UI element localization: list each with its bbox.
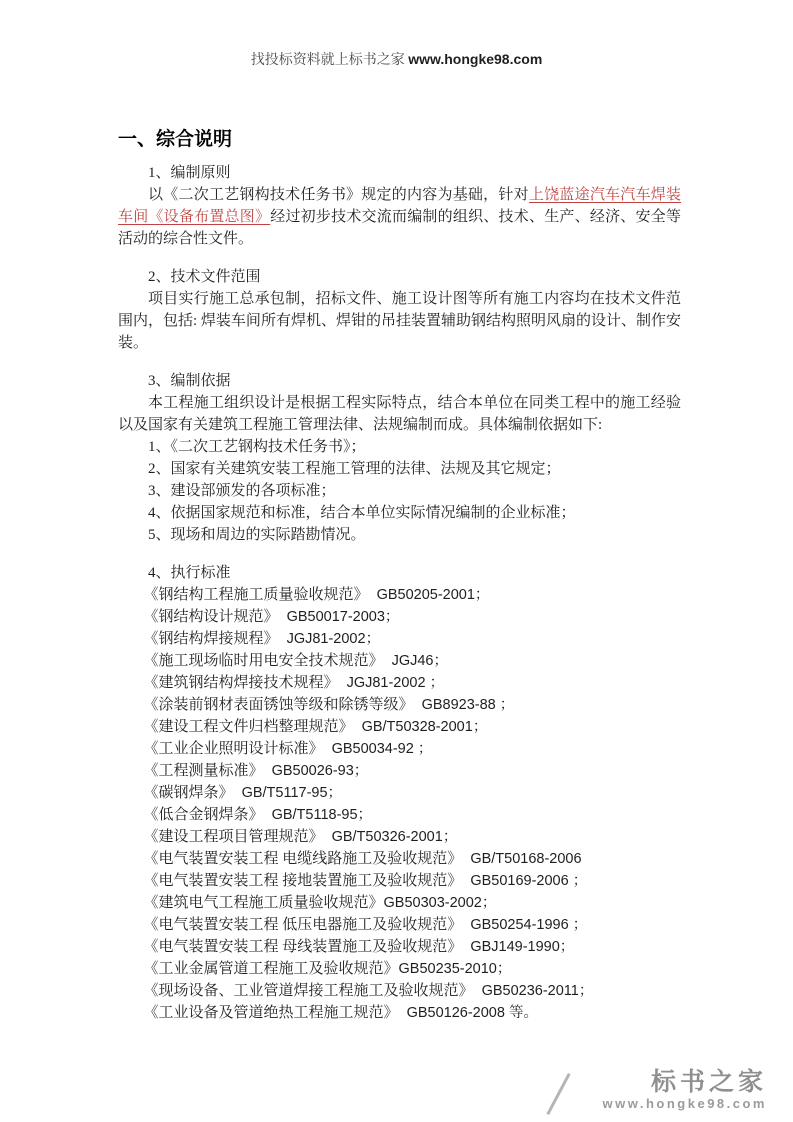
para-text: 以《二次工艺钢构技术任务书》规定的内容为基础，针对 — [148, 187, 529, 203]
standard-code: GB/T50328-2001； — [354, 719, 488, 735]
standard-name: 《电气装置安装工程 低压电器施工及验收规范》 — [144, 917, 463, 933]
standard-code: GB50235-2010； — [399, 961, 512, 977]
standard-item: 《电气装置安装工程 接地装置施工及验收规范》 GB50169-2006 ； — [118, 870, 681, 892]
standard-name: 《工业金属管道工程施工及验收规范》 — [144, 961, 399, 977]
standard-name: 《钢结构焊接规程》 — [144, 631, 279, 647]
standard-item: 《建设工程项目管理规范》 GB/T50326-2001； — [118, 826, 681, 848]
standard-name: 《电气装置安装工程 电缆线路施工及验收规范》 — [144, 851, 463, 867]
standard-name: 《建设工程项目管理规范》 — [144, 829, 324, 845]
standard-item: 《钢结构设计规范》 GB50017-2003； — [118, 606, 681, 628]
list-item: 4、依据国家规范和标准，结合本单位实际情况编制的企业标准； — [118, 502, 681, 524]
section-1: 1、编制原则 以《二次工艺钢构技术任务书》规定的内容为基础，针对上饶蓝途汽车汽车… — [118, 162, 681, 250]
standard-item: 《低合金钢焊条》 GB/T5118-95； — [118, 804, 681, 826]
standard-code: GB50026-93； — [264, 763, 369, 779]
list-item: 2、国家有关建筑安装工程施工管理的法律、法规及其它规定； — [118, 458, 681, 480]
top-banner: 找投标资料就上标书之家 www.hongke98.com — [0, 0, 793, 70]
section-2: 2、技术文件范围 项目实行施工总承包制，招标文件、施工设计图等所有施工内容均在技… — [118, 266, 681, 354]
list-item: 3、建设部颁发的各项标准； — [118, 480, 681, 502]
section-4-heading: 4、执行标准 — [118, 562, 681, 584]
standard-name: 《电气装置安装工程 母线装置施工及验收规范》 — [144, 939, 463, 955]
watermark-slash-icon — [546, 1073, 570, 1115]
section-4: 4、执行标准 《钢结构工程施工质量验收规范》 GB50205-2001；《钢结构… — [118, 562, 681, 1024]
numbered-list: 1、《二次工艺钢构技术任务书》；2、国家有关建筑安装工程施工管理的法律、法规及其… — [118, 436, 681, 546]
standard-name: 《低合金钢焊条》 — [144, 807, 264, 823]
standard-item: 《工程测量标准》 GB50026-93； — [118, 760, 681, 782]
section-1-paragraph: 以《二次工艺钢构技术任务书》规定的内容为基础，针对上饶蓝途汽车汽车焊装车间《设备… — [118, 184, 681, 250]
standard-name: 《施工现场临时用电安全技术规范》 — [144, 653, 384, 669]
standard-code: GB/T50168-2006 — [462, 851, 581, 867]
banner-site-text: 找投标资料就上标书之家 — [251, 53, 405, 68]
standard-name: 《钢结构设计规范》 — [144, 609, 279, 625]
standard-item: 《现场设备、工业管道焊接工程施工及验收规范》 GB50236-2011； — [118, 980, 681, 1002]
standard-item: 《碳钢焊条》 GB/T5117-95； — [118, 782, 681, 804]
standard-item: 《建筑钢结构焊接技术规程》 JGJ81-2002 ； — [118, 672, 681, 694]
watermark-logo-text: 标书之家 — [603, 1069, 768, 1095]
standard-name: 《工业企业照明设计标准》 — [144, 741, 324, 757]
banner-site-url: www.hongke98.com — [408, 51, 542, 67]
standard-item: 《电气装置安装工程 电缆线路施工及验收规范》 GB/T50168-2006 — [118, 848, 681, 870]
document-page: 找投标资料就上标书之家 www.hongke98.com 一、综合说明 1、编制… — [0, 0, 793, 1122]
standard-code: GB50034-92 ； — [324, 741, 433, 757]
standard-code: GB50205-2001； — [369, 587, 490, 603]
standard-item: 《钢结构焊接规程》 JGJ81-2002； — [118, 628, 681, 650]
standard-name: 《建筑钢结构焊接技术规程》 — [144, 675, 339, 691]
standard-code: GB50169-2006 ； — [462, 873, 587, 889]
standards-list: 《钢结构工程施工质量验收规范》 GB50205-2001；《钢结构设计规范》 G… — [118, 584, 681, 1024]
section-3-paragraph: 本工程施工组织设计是根据工程实际特点，结合本单位在同类工程中的施工经验以及国家有… — [118, 392, 681, 436]
standard-item: 《施工现场临时用电安全技术规范》 JGJ46； — [118, 650, 681, 672]
standard-name: 《涂装前钢材表面锈蚀等级和除锈等级》 — [144, 697, 414, 713]
standard-item: 《钢结构工程施工质量验收规范》 GB50205-2001； — [118, 584, 681, 606]
standard-item: 《涂装前钢材表面锈蚀等级和除锈等级》 GB8923-88 ； — [118, 694, 681, 716]
standard-name: 《钢结构工程施工质量验收规范》 — [144, 587, 369, 603]
standard-item: 《电气装置安装工程 母线装置施工及验收规范》 GBJ149-1990； — [118, 936, 681, 958]
standard-name: 《建筑电气工程施工质量验收规范》 — [144, 895, 384, 911]
standard-item: 《工业企业照明设计标准》 GB50034-92 ； — [118, 738, 681, 760]
section-3-heading: 3、编制依据 — [118, 370, 681, 392]
standard-code: GB/T50326-2001； — [324, 829, 458, 845]
standard-code: JGJ46； — [384, 653, 448, 669]
standard-code: GB/T5117-95； — [234, 785, 343, 801]
standard-name: 《碳钢焊条》 — [144, 785, 234, 801]
standard-code: GB50126-2008 等。 — [399, 1005, 538, 1021]
section-3: 3、编制依据 本工程施工组织设计是根据工程实际特点，结合本单位在同类工程中的施工… — [118, 370, 681, 546]
standard-code: GBJ149-1990； — [462, 939, 574, 955]
standard-code: GB50017-2003； — [279, 609, 400, 625]
document-title: 一、综合说明 — [118, 128, 681, 152]
standard-item: 《建设工程文件归档整理规范》 GB/T50328-2001； — [118, 716, 681, 738]
standard-item: 《电气装置安装工程 低压电器施工及验收规范》 GB50254-1996 ； — [118, 914, 681, 936]
list-item: 1、《二次工艺钢构技术任务书》； — [118, 436, 681, 458]
standard-code: GB/T5118-95； — [264, 807, 373, 823]
standard-name: 《电气装置安装工程 接地装置施工及验收规范》 — [144, 873, 463, 889]
standard-code: GB8923-88 ； — [414, 697, 515, 713]
section-1-heading: 1、编制原则 — [118, 162, 681, 184]
standard-code: JGJ81-2002； — [279, 631, 381, 647]
standard-item: 《工业设备及管道绝热工程施工规范》 GB50126-2008 等。 — [118, 1002, 681, 1024]
watermark-logo: 标书之家 www.hongke98.com — [603, 1069, 768, 1112]
list-item: 5、现场和周边的实际踏勘情况。 — [118, 524, 681, 546]
watermark-url: www.hongke98.com — [603, 1095, 768, 1112]
standard-name: 《工业设备及管道绝热工程施工规范》 — [144, 1005, 399, 1021]
standard-code: GB50303-2002； — [384, 895, 497, 911]
standard-name: 《建设工程文件归档整理规范》 — [144, 719, 354, 735]
section-2-paragraph: 项目实行施工总承包制，招标文件、施工设计图等所有施工内容均在技术文件范围内，包括… — [118, 288, 681, 354]
document-content: 一、综合说明 1、编制原则 以《二次工艺钢构技术任务书》规定的内容为基础，针对上… — [118, 128, 681, 1024]
standard-code: JGJ81-2002 ； — [339, 675, 445, 691]
standard-name: 《工程测量标准》 — [144, 763, 264, 779]
standard-code: GB50236-2011； — [474, 983, 594, 999]
standard-item: 《工业金属管道工程施工及验收规范》GB50235-2010； — [118, 958, 681, 980]
standard-code: GB50254-1996 ； — [462, 917, 587, 933]
section-2-heading: 2、技术文件范围 — [118, 266, 681, 288]
standard-item: 《建筑电气工程施工质量验收规范》GB50303-2002； — [118, 892, 681, 914]
standard-name: 《现场设备、工业管道焊接工程施工及验收规范》 — [144, 983, 474, 999]
